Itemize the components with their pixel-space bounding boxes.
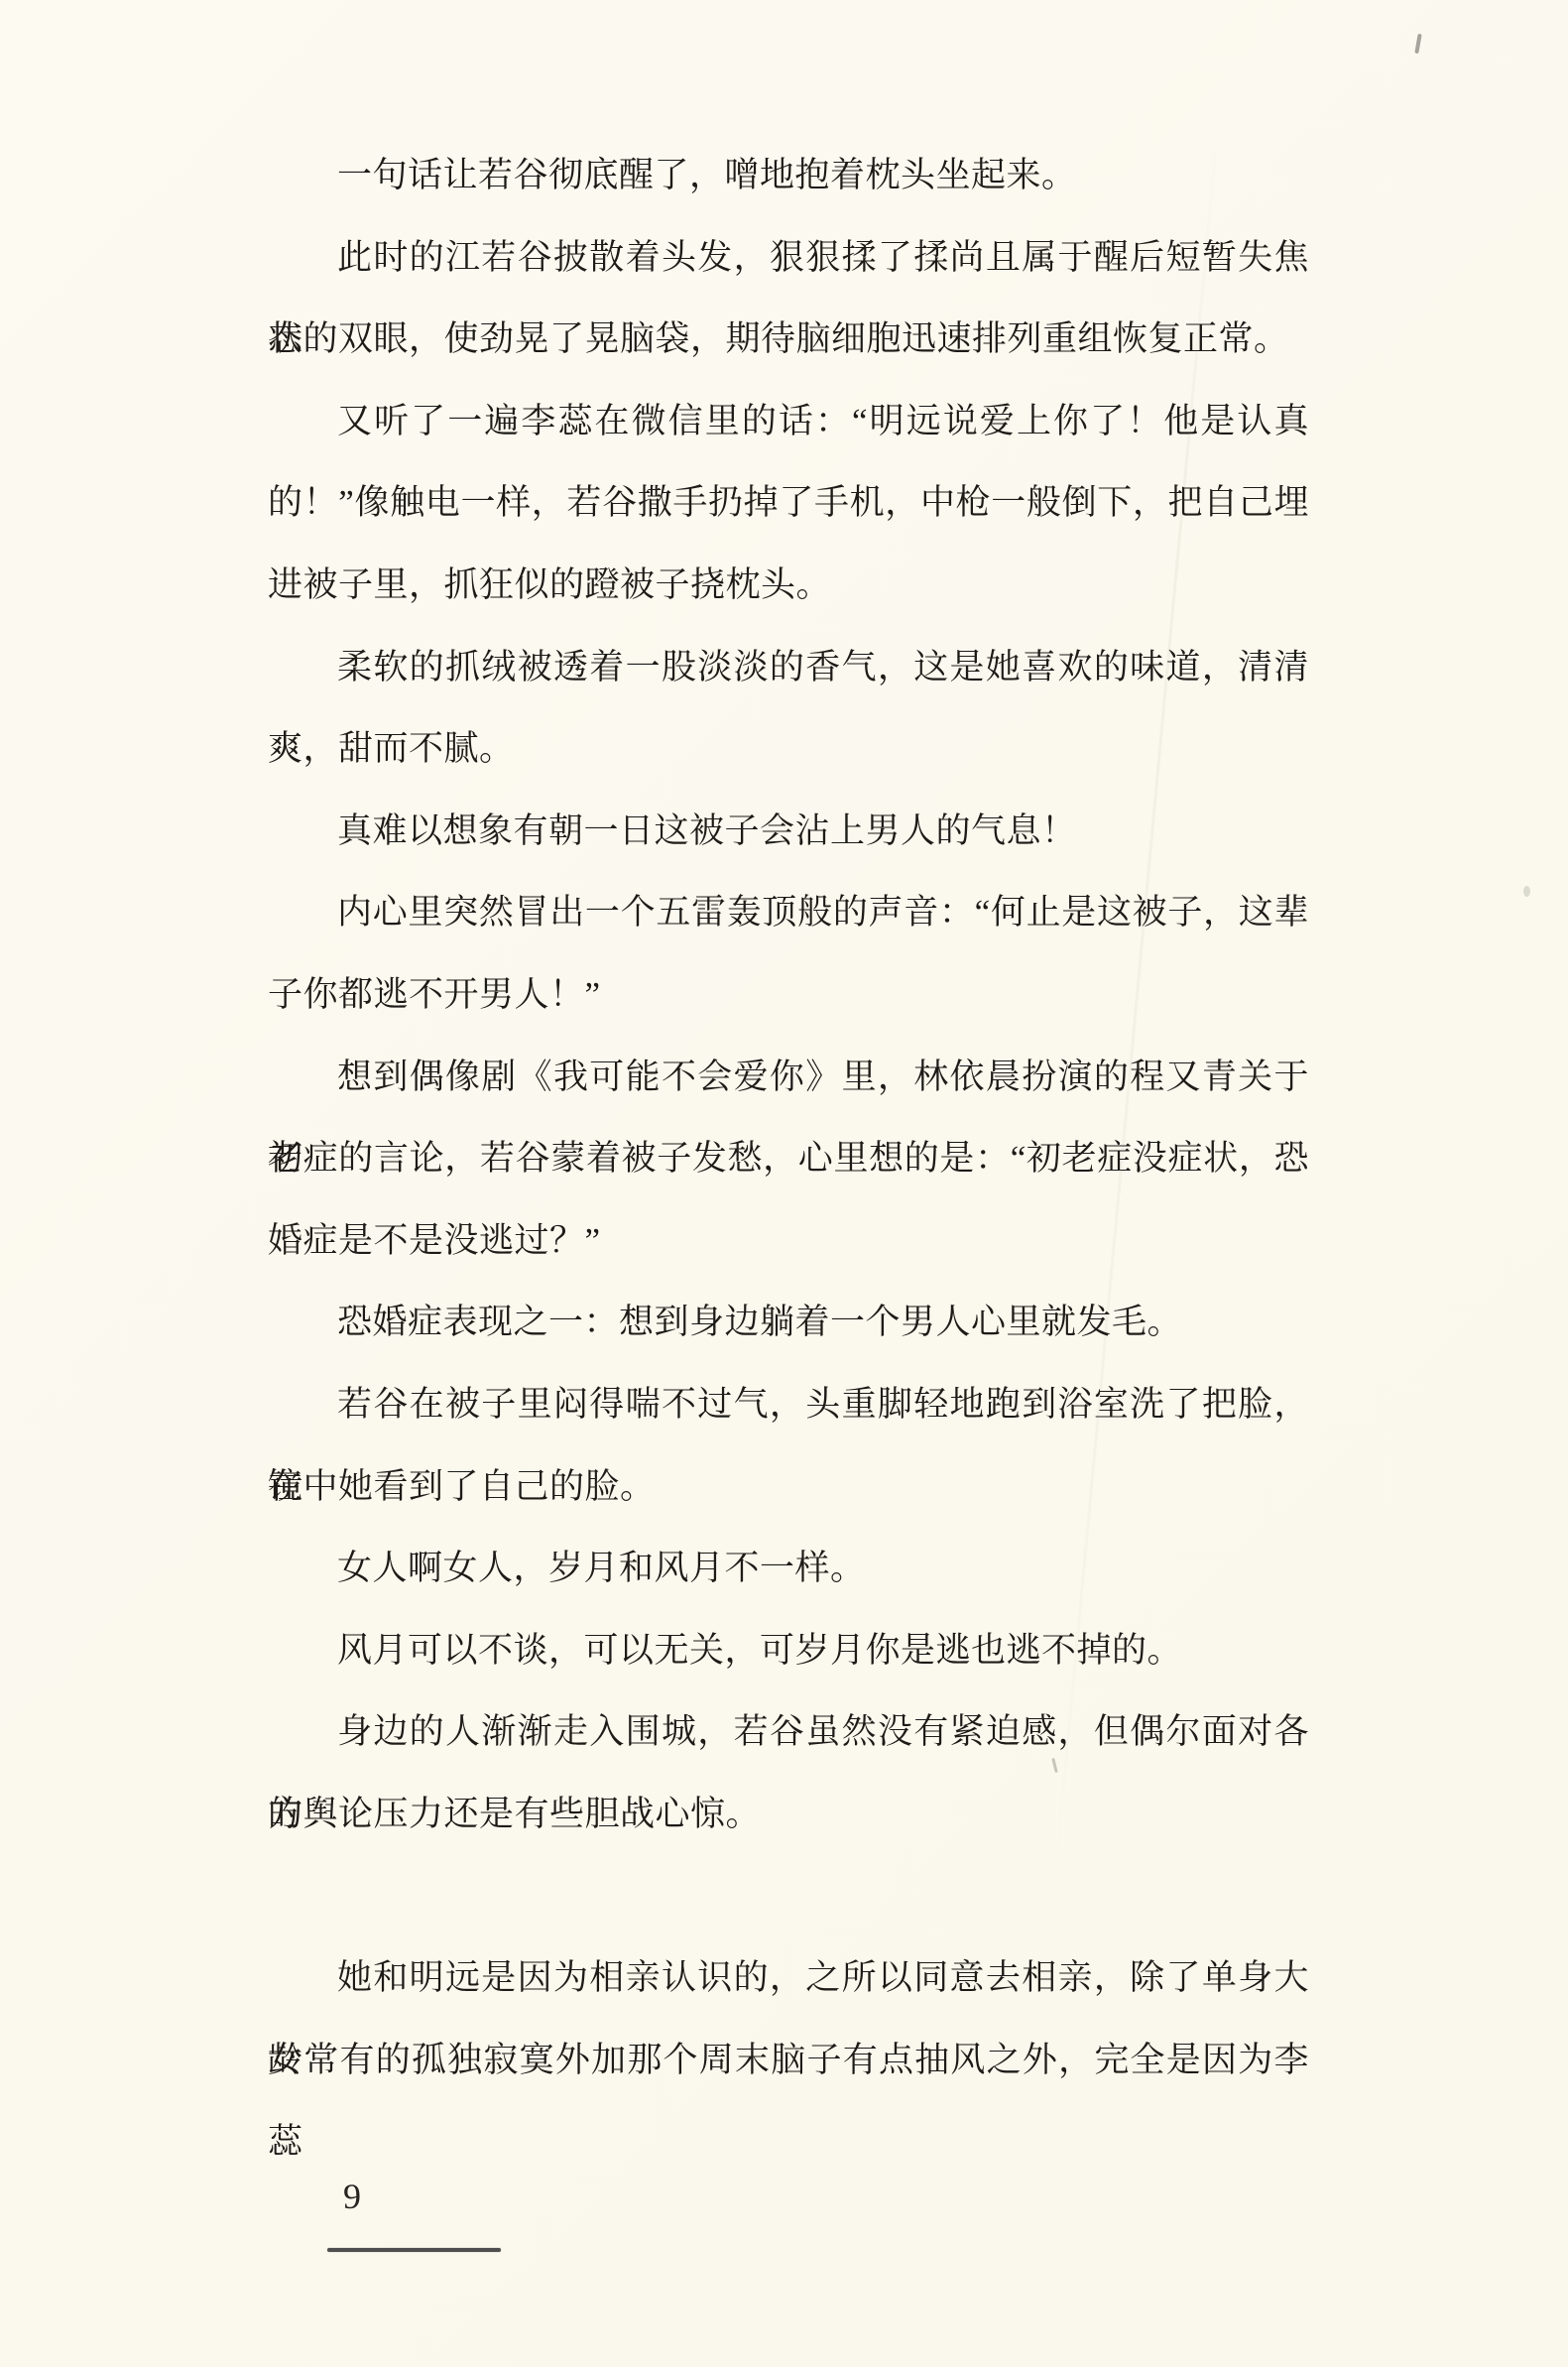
text-line: 镜中她看到了自己的脸。 — [268, 1446, 1309, 1529]
text-line: 恐婚症表现之一：想到身边躺着一个男人心里就发毛。 — [268, 1282, 1309, 1364]
footer-rule — [327, 2248, 501, 2252]
text-line: 一句话让若谷彻底醒了，噌地抱着枕头坐起来。 — [268, 135, 1309, 217]
paragraph: 想到偶像剧《我可能不会爱你》里，林依晨扮演的程又青关于初老症的言论，若谷蒙着被子… — [268, 1037, 1309, 1283]
text-line: 子你都逃不开男人！” — [268, 954, 1309, 1037]
paragraph: 一句话让若谷彻底醒了，噌地抱着枕头坐起来。 — [268, 135, 1309, 217]
text-line: 进被子里，抓狂似的蹬被子挠枕头。 — [268, 545, 1309, 627]
text-line: 爽，甜而不腻。 — [268, 708, 1309, 791]
text-line: 女常有的孤独寂寞外加那个周末脑子有点抽风之外，完全是因为李蕊 — [268, 2020, 1309, 2102]
text-line: 若谷在被子里闷得喘不过气，头重脚轻地跑到浴室洗了把脸，在 — [268, 1364, 1309, 1446]
text-line: 态的双眼，使劲晃了晃脑袋，期待脑细胞迅速排列重组恢复正常。 — [268, 299, 1309, 381]
text-line: 内心里突然冒出一个五雷轰顶般的声音：“何止是这被子，这辈 — [268, 872, 1309, 954]
text-line: 的！”像触电一样，若谷撒手扔掉了手机，中枪一般倒下，把自己埋 — [268, 462, 1309, 545]
text-line: 婚症是不是没逃过？” — [268, 1200, 1309, 1283]
paragraph: 身边的人渐渐走入围城，若谷虽然没有紧迫感，但偶尔面对各方的舆论压力还是有些胆战心… — [268, 1691, 1309, 1855]
paragraph: 风月可以不谈，可以无关，可岁月你是逃也逃不掉的。 — [268, 1610, 1309, 1692]
page-number: 9 — [343, 2179, 361, 2214]
scan-mark — [1414, 34, 1421, 54]
paragraph: 柔软的抓绒被透着一股淡淡的香气，这是她喜欢的味道，清清爽爽，甜而不腻。 — [268, 627, 1309, 791]
text-line: 她和明远是因为相亲认识的，之所以同意去相亲，除了单身大龄 — [268, 1937, 1309, 2020]
text-line: 此时的江若谷披散着头发，狠狠揉了揉尚且属于醒后短暂失焦状 — [268, 217, 1309, 300]
text-line: 风月可以不谈，可以无关，可岁月你是逃也逃不掉的。 — [268, 1610, 1309, 1692]
paragraph: 恐婚症表现之一：想到身边躺着一个男人心里就发毛。 — [268, 1282, 1309, 1364]
scan-mark — [1523, 886, 1530, 897]
text-line: 又听了一遍李蕊在微信里的话：“明远说爱上你了！他是认真 — [268, 381, 1309, 463]
text-line: 身边的人渐渐走入围城，若谷虽然没有紧迫感，但偶尔面对各方 — [268, 1691, 1309, 1774]
text-line: 女人啊女人，岁月和风月不一样。 — [268, 1528, 1309, 1610]
text-line: 柔软的抓绒被透着一股淡淡的香气，这是她喜欢的味道，清清爽 — [268, 627, 1309, 709]
paragraph: 若谷在被子里闷得喘不过气，头重脚轻地跑到浴室洗了把脸，在镜中她看到了自己的脸。 — [268, 1364, 1309, 1528]
paragraph: 此时的江若谷披散着头发，狠狠揉了揉尚且属于醒后短暂失焦状态的双眼，使劲晃了晃脑袋… — [268, 217, 1309, 381]
paragraph: 她和明远是因为相亲认识的，之所以同意去相亲，除了单身大龄女常有的孤独寂寞外加那个… — [268, 1937, 1309, 2101]
text-line: 老症的言论，若谷蒙着被子发愁，心里想的是：“初老症没症状，恐 — [268, 1118, 1309, 1200]
book-page: 一句话让若谷彻底醒了，噌地抱着枕头坐起来。此时的江若谷披散着头发，狠狠揉了揉尚且… — [0, 0, 1568, 2367]
paragraph: 女人啊女人，岁月和风月不一样。 — [268, 1528, 1309, 1610]
paragraph: 又听了一遍李蕊在微信里的话：“明远说爱上你了！他是认真的！”像触电一样，若谷撒手… — [268, 381, 1309, 627]
paragraph: 内心里突然冒出一个五雷轰顶般的声音：“何止是这被子，这辈子你都逃不开男人！” — [268, 872, 1309, 1036]
text-line: 想到偶像剧《我可能不会爱你》里，林依晨扮演的程又青关于初 — [268, 1037, 1309, 1119]
body-text: 一句话让若谷彻底醒了，噌地抱着枕头坐起来。此时的江若谷披散着头发，狠狠揉了揉尚且… — [268, 135, 1309, 2101]
text-line: 的舆论压力还是有些胆战心惊。 — [268, 1774, 1309, 1856]
